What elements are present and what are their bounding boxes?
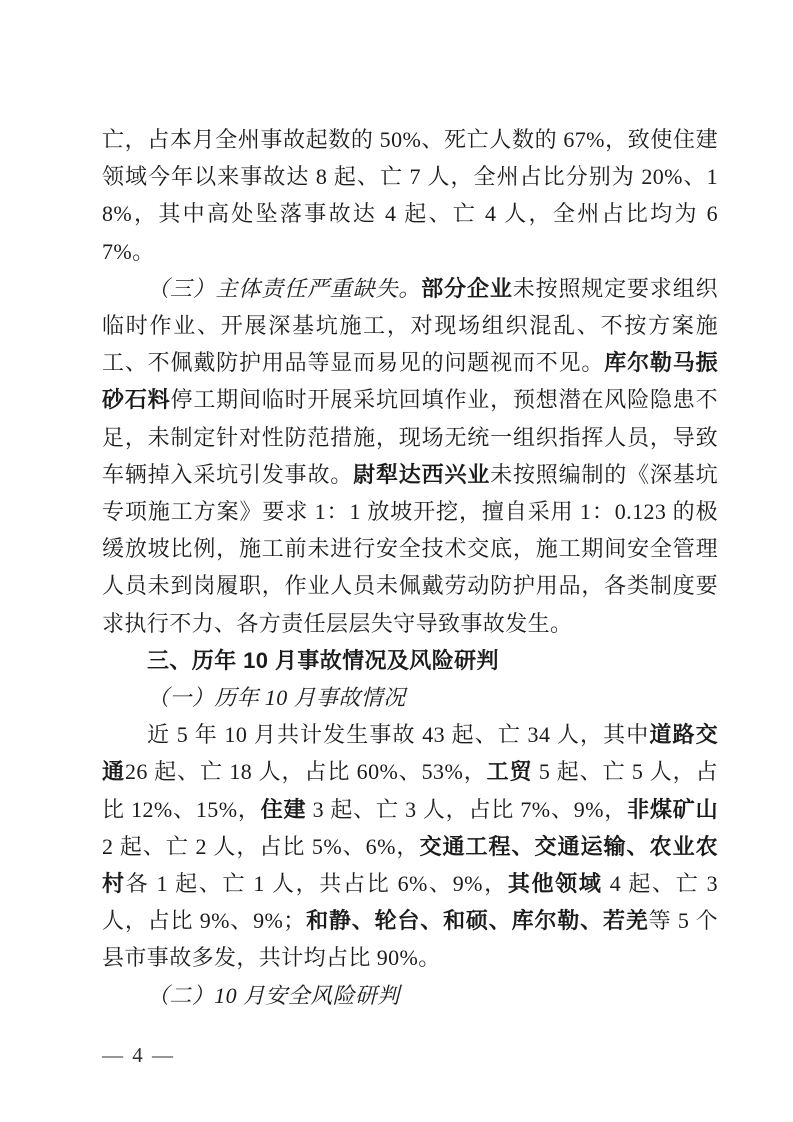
text-run: 各 1 起、亡 1 人，共占比 6%、9%，: [126, 871, 508, 896]
text-run: 近 5 年 10 月共计发生事故 43 起、亡 34 人，其中: [147, 722, 649, 747]
text-run: 其他领域: [508, 871, 603, 896]
document-body: 亡，占本月全州事故起数的 50%、死亡人数的 67%，致使住建领域今年以来事故达…: [102, 121, 718, 1014]
text-run: 部分企业: [421, 276, 512, 301]
text-run: 非煤矿山: [627, 797, 718, 822]
subsection-heading: （二）10 月安全风险研判: [102, 977, 718, 1014]
page-number: — 4 —: [102, 1043, 175, 1067]
text-run: 3 起、亡 3 人，占比 7%、9%，: [306, 797, 627, 822]
paragraph: （三）主体责任严重缺失。部分企业未按照规定要求组织临时作业、开展深基坑施工，对现…: [102, 270, 718, 642]
text-run: 和静、轮台、和硕、库尔勒、若羌: [306, 908, 649, 933]
text-run: 三、历年 10 月事故情况及风险研判: [147, 648, 499, 673]
text-run: 亡，占本月全州事故起数的 50%、死亡人数的 67%，致使住建领域今年以来事故达…: [102, 127, 718, 264]
text-run: 尉犁达西兴业: [353, 462, 490, 487]
text-run: 工贸: [487, 759, 533, 784]
text-run: （三）主体责任严重缺失。: [147, 276, 421, 301]
text-run: （二）10 月安全风险研判: [147, 983, 400, 1008]
paragraph: 亡，占本月全州事故起数的 50%、死亡人数的 67%，致使住建领域今年以来事故达…: [102, 121, 718, 270]
paragraph: 近 5 年 10 月共计发生事故 43 起、亡 34 人，其中道路交通26 起、…: [102, 716, 718, 976]
text-run: 2 起、亡 2 人，占比 5%、6%，: [102, 834, 419, 859]
text-run: 26 起、亡 18 人，占比 60%、53%，: [125, 759, 487, 784]
text-run: 未按照编制的《深基坑专项施工方案》要求 1：1 放坡开挖，擅自采用 1：0.12…: [102, 462, 718, 636]
subsection-heading: （一）历年 10 月事故情况: [102, 679, 718, 716]
document-page: 亡，占本月全州事故起数的 50%、死亡人数的 67%，致使住建领域今年以来事故达…: [0, 0, 793, 1122]
text-run: 住建: [261, 797, 307, 822]
section-heading: 三、历年 10 月事故情况及风险研判: [102, 642, 718, 679]
text-run: （一）历年 10 月事故情况: [147, 685, 406, 710]
